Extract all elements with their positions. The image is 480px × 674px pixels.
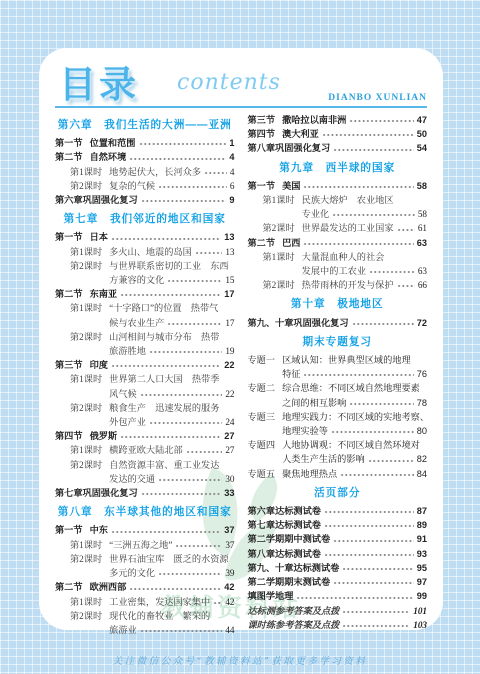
entry-body: 复杂的气候6 — [109, 179, 234, 193]
entry-prefix: 第2课时 — [70, 179, 102, 193]
page-number: 24 — [225, 415, 234, 429]
dot-leader — [204, 165, 227, 179]
entry-text: 地势起伏大，长河众多 — [109, 165, 201, 179]
entry-body: 位置和范围1 — [90, 136, 235, 150]
entry-text: 欧洲西部 — [90, 580, 127, 594]
entry-text: 第六章巩固强化复习 — [55, 193, 138, 207]
footer-note: 关注微信公众号“教辅资料站”获取更多学习资料 — [0, 653, 480, 667]
entry-line: 工业密集，发达国家集中42 — [109, 595, 234, 609]
toc-entry: 第二节东南亚17 — [55, 287, 235, 301]
entry-line: 第七章达标测试卷89 — [248, 518, 428, 532]
toc-entry: 第2课时复杂的气候6 — [55, 179, 235, 193]
entry-text: 撒哈拉以南非洲 — [282, 113, 346, 127]
entry-prefix: 第1课时 — [70, 165, 102, 179]
toc-entry: 第2课时粮食生产 迅速发展的服务外包产业24 — [55, 401, 235, 429]
dot-leader — [352, 316, 414, 330]
page-title-en: contents — [177, 70, 281, 95]
page-number: 66 — [418, 278, 427, 292]
entry-line: 多火山、地震的岛国13 — [109, 245, 234, 259]
page-number: 17 — [225, 316, 234, 330]
entry-text: 方兼容的文化 — [109, 273, 164, 287]
toc-entry: 第2课时热带雨林的开发与保护66 — [248, 278, 428, 292]
entry-text: 第七章达标测试卷 — [248, 518, 322, 532]
entry-line: 粮食生产 迅速发展的服务 — [109, 401, 234, 415]
page-number: 13 — [224, 230, 234, 244]
brand-text: DIANBO XUNLIAN — [328, 93, 427, 103]
entry-body: 世界石油宝库 匮乏的水资源多元的文化39 — [109, 552, 234, 580]
chapter-heading: 第八章 东半球其他的地区和国家 — [55, 505, 235, 519]
entry-line: 人地协调观：不同区域自然环境对 — [282, 438, 427, 452]
toc-entry: 专题二综合思维：不同区域自然地理要素之间的相互影响78 — [248, 381, 428, 409]
entry-line: 地势起伏大，长河众多4 — [109, 165, 234, 179]
dot-leader — [342, 604, 410, 618]
entry-prefix: 第一节 — [55, 523, 83, 537]
toc-entry: 第1课时“三洲五海之地”37 — [55, 538, 235, 552]
entry-text: 第九、十章达标测试卷 — [248, 561, 340, 575]
entry-line: 人类生产生活的影响82 — [282, 452, 427, 466]
entry-line: 发展中的工农业63 — [302, 264, 427, 278]
toc-entry: 第一节位置和范围1 — [55, 136, 235, 150]
entry-line: 山河相间与城市分布 热带 — [109, 330, 234, 344]
dot-leader — [139, 136, 227, 150]
page-number: 47 — [417, 113, 427, 127]
entry-body: 美国58 — [282, 179, 427, 193]
dot-leader — [213, 595, 222, 609]
dot-leader — [368, 452, 414, 466]
entry-body: 第七章巩固强化复习33 — [55, 486, 235, 500]
dot-leader — [186, 443, 223, 457]
toc-entry: 第1课时民族大熔炉 农业地区专业化58 — [248, 193, 428, 221]
dot-leader — [140, 623, 223, 637]
entry-body: 地势起伏大，长河众多4 — [109, 165, 234, 179]
entry-line: 第二学期期中测试卷91 — [248, 532, 428, 546]
entry-prefix: 第二节 — [55, 287, 83, 301]
page-number: 87 — [417, 504, 427, 518]
entry-line: 地理实践力：不同区域的实地考察、 — [282, 410, 427, 424]
toc-entry: 专题三地理实践力：不同区域的实地考察、地理实验等80 — [248, 410, 428, 438]
entry-text: 第二学期期末测试卷 — [248, 575, 331, 589]
entry-body: 大量混血种人的社会发展中的工农业63 — [302, 250, 427, 278]
entry-text: 聚焦地理热点 — [282, 467, 337, 481]
entry-line: 澳大利亚50 — [282, 127, 427, 141]
entry-line: 世界最发达的工业国家61 — [302, 221, 427, 235]
entry-line: 第七章巩固强化复习33 — [55, 486, 235, 500]
dot-leader — [140, 387, 223, 401]
entry-prefix: 第1课时 — [70, 372, 102, 386]
entry-text: 山河相间与城市分布 热带 — [109, 330, 219, 344]
chapter-heading: 期末专题复习 — [248, 335, 428, 349]
dot-leader — [149, 415, 222, 429]
entry-line: 印度22 — [90, 358, 235, 372]
dot-leader — [324, 518, 414, 532]
toc-entry: 第二节巴西63 — [248, 236, 428, 250]
entry-line: 专业化58 — [302, 207, 427, 221]
toc-entry: 第1课时横跨亚欧大陆北部27 — [55, 443, 235, 457]
entry-line: 旅游胜地19 — [109, 344, 234, 358]
entry-text: 与世界联系密切的工业 东西 — [109, 259, 228, 273]
entry-body: “三洲五海之地”37 — [109, 538, 234, 552]
entry-text: 美国 — [282, 179, 300, 193]
page-number: 63 — [418, 264, 427, 278]
dot-leader — [331, 424, 414, 438]
toc-entry: 第一节美国58 — [248, 179, 428, 193]
entry-body: “十字路口”的位置 热带气候与农业生产17 — [109, 301, 234, 329]
entry-text: 外包产业 — [109, 415, 146, 429]
entry-line: 巴西63 — [282, 236, 427, 250]
entry-prefix: 第二节 — [55, 580, 83, 594]
entry-text: 课时练参考答案及点拨 — [248, 618, 340, 632]
dot-leader — [129, 150, 226, 164]
toc-entry: 第1课时地势起伏大，长河众多4 — [55, 165, 235, 179]
entry-text: 发达的交通 — [109, 472, 155, 486]
dot-leader — [342, 561, 413, 575]
entry-text: “十字路口”的位置 热带气 — [109, 301, 218, 315]
entry-text: 自然环境 — [90, 150, 127, 164]
dot-leader — [175, 538, 222, 552]
page-number: 78 — [417, 396, 427, 410]
entry-body: 澳大利亚50 — [282, 127, 427, 141]
entry-text: 候与农业生产 — [109, 316, 164, 330]
dot-leader — [322, 127, 414, 141]
entry-text: 第八章达标测试卷 — [248, 547, 322, 561]
dot-leader — [397, 221, 415, 235]
entry-text: 横跨亚欧大陆北部 — [109, 443, 183, 457]
dot-leader — [111, 358, 221, 372]
toc-entry: 第1课时大量混血种人的社会发展中的工农业63 — [248, 250, 428, 278]
dot-leader — [111, 230, 221, 244]
dot-leader — [149, 344, 222, 358]
page-number: 58 — [417, 179, 427, 193]
entry-prefix: 专题三 — [248, 410, 276, 424]
page-number: 95 — [417, 561, 427, 575]
entry-body: 巴西63 — [282, 236, 427, 250]
entry-prefix: 第一节 — [55, 230, 83, 244]
toc-entry: 第2课时自然资源丰富、重工业发达发达的交通30 — [55, 458, 235, 486]
entry-prefix: 第四节 — [248, 127, 276, 141]
entry-body: 区域认知：世界典型区域的地理特征76 — [282, 353, 427, 381]
entry-prefix: 第三节 — [248, 113, 276, 127]
entry-body: 民族大熔炉 农业地区专业化58 — [302, 193, 427, 221]
entry-text: 复杂的气候 — [109, 179, 155, 193]
entry-text: 多元的文化 — [109, 566, 155, 580]
dot-leader — [129, 580, 221, 594]
dot-leader — [333, 532, 414, 546]
entry-line: 区域认知：世界典型区域的地理 — [282, 353, 427, 367]
toc-entry: 第2课时山河相间与城市分布 热带旅游胜地19 — [55, 330, 235, 358]
toc-entry: 第1课时多火山、地震的岛国13 — [55, 245, 235, 259]
entry-prefix: 第1课时 — [263, 250, 295, 264]
entry-prefix: 第三节 — [55, 358, 83, 372]
toc-entry: 第四节俄罗斯27 — [55, 429, 235, 443]
toc-entry: 第二学期期中测试卷91 — [248, 532, 428, 546]
entry-body: 聚焦地理热点84 — [282, 467, 427, 481]
entry-line: 课时练参考答案及点拨103 — [248, 618, 428, 632]
toc-entry: 课时练参考答案及点拨103 — [248, 618, 428, 632]
page-number: 39 — [225, 566, 234, 580]
page-number: 22 — [224, 358, 234, 372]
entry-body: 世界第二人口大国 热带季风气候22 — [109, 372, 234, 400]
entry-body: 印度22 — [90, 358, 235, 372]
entry-text: 粮食生产 迅速发展的服务 — [109, 401, 219, 415]
page-number: 80 — [417, 424, 427, 438]
page-number: 58 — [418, 207, 427, 221]
page-number: 4 — [230, 165, 235, 179]
page-number: 63 — [417, 236, 427, 250]
entry-prefix: 第1课时 — [263, 193, 295, 207]
entry-text: 世界石油宝库 匮乏的水资源 — [109, 552, 228, 566]
entry-line: 外包产业24 — [109, 415, 234, 429]
page-number: 44 — [225, 623, 234, 637]
entry-body: 填图学地理99 — [248, 589, 428, 603]
toc-entry: 第1课时“十字路口”的位置 热带气候与农业生产17 — [55, 301, 235, 329]
chapter-heading: 第九章 西半球的国家 — [248, 161, 428, 175]
page-number: 50 — [417, 127, 427, 141]
entry-body: 综合思维：不同区域自然地理要素之间的相互影响78 — [282, 381, 427, 409]
entry-prefix: 第2课时 — [263, 221, 295, 235]
entry-line: 与世界联系密切的工业 东西 — [109, 259, 234, 273]
entry-text: 达标测参考答案及点拨 — [248, 604, 340, 618]
entry-text: 日本 — [90, 230, 108, 244]
entry-body: 东南亚17 — [90, 287, 235, 301]
entry-body: 与世界联系密切的工业 东西方兼容的文化15 — [109, 259, 234, 287]
toc-entry: 第九、十章达标测试卷95 — [248, 561, 428, 575]
toc-column-right: 第三节撒哈拉以南非洲47第四节澳大利亚50第八章巩固强化复习54第九章 西半球的… — [248, 113, 428, 637]
page-number: 54 — [417, 141, 427, 155]
page-number: 91 — [417, 532, 427, 546]
entry-line: 发达的交通30 — [109, 472, 234, 486]
entry-body: 人地协调观：不同区域自然环境对人类生产生活的影响82 — [282, 438, 427, 466]
dot-leader — [111, 523, 221, 537]
dot-leader — [333, 575, 414, 589]
entry-prefix: 第1课时 — [70, 538, 102, 552]
toc-entry: 第八章达标测试卷93 — [248, 547, 428, 561]
toc-entry: 达标测参考答案及点拨101 — [248, 604, 428, 618]
entry-text: 第二学期期中测试卷 — [248, 532, 331, 546]
entry-prefix: 第1课时 — [70, 245, 102, 259]
entry-line: 达标测参考答案及点拨101 — [248, 604, 428, 618]
page-number: 30 — [225, 472, 234, 486]
dot-leader — [342, 618, 410, 632]
page-number: 13 — [225, 245, 234, 259]
entry-prefix: 第2课时 — [70, 552, 102, 566]
dot-leader — [296, 589, 413, 603]
page-number: 17 — [224, 287, 234, 301]
entry-line: 美国58 — [282, 179, 427, 193]
toc-entry: 第三节印度22 — [55, 358, 235, 372]
entry-prefix: 第一节 — [55, 136, 83, 150]
dot-leader — [397, 278, 415, 292]
entry-body: 粮食生产 迅速发展的服务外包产业24 — [109, 401, 234, 429]
entry-text: 地理实践力：不同区域的实地考察、 — [282, 410, 429, 424]
entry-body: 自然环境4 — [90, 150, 235, 164]
page-number: 61 — [418, 221, 427, 235]
entry-line: 第九、十章达标测试卷95 — [248, 561, 428, 575]
chapter-heading: 第六章 我们生活的大洲——亚洲 — [55, 118, 235, 132]
entry-line: 大量混血种人的社会 — [302, 250, 427, 264]
entry-body: 日本13 — [90, 230, 235, 244]
dot-leader — [349, 396, 413, 410]
entry-body: 第二学期期中测试卷91 — [248, 532, 428, 546]
entry-text: 风气候 — [109, 387, 137, 401]
entry-text: 综合思维：不同区域自然地理要素 — [282, 381, 420, 395]
toc-entry: 专题五聚焦地理热点84 — [248, 467, 428, 481]
entry-text: 俄罗斯 — [90, 429, 118, 443]
entry-line: 日本13 — [90, 230, 235, 244]
contents-card: 教辅资料站 目录 contents DIANBO XUNLIAN 第六章 我们生… — [39, 48, 443, 630]
entry-text: 第六章达标测试卷 — [248, 504, 322, 518]
entry-line: 自然资源丰富、重工业发达 — [109, 458, 234, 472]
entry-line: 风气候22 — [109, 387, 234, 401]
page-number: 15 — [225, 273, 234, 287]
entry-body: 第二学期期末测试卷97 — [248, 575, 428, 589]
toc-entry: 第七章巩固强化复习33 — [55, 486, 235, 500]
page-number: 101 — [413, 604, 427, 618]
entry-line: 第六章巩固强化复习9 — [55, 193, 235, 207]
entry-prefix: 专题一 — [248, 353, 276, 367]
dot-leader — [303, 179, 413, 193]
entry-line: 第八章达标测试卷93 — [248, 547, 428, 561]
entry-prefix: 专题二 — [248, 381, 276, 395]
entry-body: 第七章达标测试卷89 — [248, 518, 428, 532]
entry-text: 第八章巩固强化复习 — [248, 141, 331, 155]
entry-line: 撒哈拉以南非洲47 — [282, 113, 427, 127]
toc-entry: 第一节日本13 — [55, 230, 235, 244]
entry-line: 第六章达标测试卷87 — [248, 504, 428, 518]
entry-text: 巴西 — [282, 236, 300, 250]
entry-text: 填图学地理 — [248, 589, 294, 603]
toc-entry: 第一节中东37 — [55, 523, 235, 537]
entry-body: 第八章达标测试卷93 — [248, 547, 428, 561]
entry-body: 山河相间与城市分布 热带旅游胜地19 — [109, 330, 234, 358]
entry-body: 欧洲西部42 — [90, 580, 235, 594]
entry-text: 中东 — [90, 523, 108, 537]
entry-body: 自然资源丰富、重工业发达发达的交通30 — [109, 458, 234, 486]
entry-line: “三洲五海之地”37 — [109, 538, 234, 552]
entry-body: 工业密集，发达国家集中42 — [109, 595, 234, 609]
page-number: 37 — [224, 523, 234, 537]
entry-line: 特征76 — [282, 367, 427, 381]
entry-line: 横跨亚欧大陆北部27 — [109, 443, 234, 457]
entry-text: 区域认知：世界典型区域的地理 — [282, 353, 411, 367]
page-number: 6 — [230, 179, 235, 193]
toc-entry: 专题四人地协调观：不同区域自然环境对人类生产生活的影响82 — [248, 438, 428, 466]
entry-prefix: 第2课时 — [70, 330, 102, 344]
entry-line: 第二学期期末测试卷97 — [248, 575, 428, 589]
entry-prefix: 第2课时 — [70, 401, 102, 415]
page-number: 97 — [417, 575, 427, 589]
entry-text: 多火山、地震的岛国 — [109, 245, 192, 259]
toc-entry: 第三节撒哈拉以南非洲47 — [248, 113, 428, 127]
entry-body: 地理实践力：不同区域的实地考察、地理实验等80 — [282, 410, 427, 438]
entry-text: 地理实验等 — [282, 424, 328, 438]
entry-line: 旅游业44 — [109, 623, 234, 637]
entry-text: 人类生产生活的影响 — [282, 452, 365, 466]
entry-line: 综合思维：不同区域自然地理要素 — [282, 381, 427, 395]
entry-line: 之间的相互影响78 — [282, 396, 427, 410]
dot-leader — [333, 141, 414, 155]
entry-line: 东南亚17 — [90, 287, 235, 301]
entry-body: 热带雨林的开发与保护66 — [302, 278, 427, 292]
page-number: 72 — [417, 316, 427, 330]
toc-entry: 第2课时与世界联系密切的工业 东西方兼容的文化15 — [55, 259, 235, 287]
toc-entry: 第二学期期末测试卷97 — [248, 575, 428, 589]
dot-leader — [141, 486, 222, 500]
entry-prefix: 第1课时 — [70, 595, 102, 609]
entry-prefix: 第2课时 — [263, 278, 295, 292]
entry-text: 发展中的工农业 — [302, 264, 366, 278]
entry-text: 第七章巩固强化复习 — [55, 486, 138, 500]
chapter-heading: 活页部分 — [248, 486, 428, 500]
toc-entry: 第四节澳大利亚50 — [248, 127, 428, 141]
toc-entry: 填图学地理99 — [248, 589, 428, 603]
entry-body: 第九、十章达标测试卷95 — [248, 561, 428, 575]
entry-line: 复杂的气候6 — [109, 179, 234, 193]
entry-text: 旅游业 — [109, 623, 137, 637]
entry-body: 横跨亚欧大陆北部27 — [109, 443, 234, 457]
entry-line: 民族大熔炉 农业地区 — [302, 193, 427, 207]
dot-leader — [324, 547, 414, 561]
entry-text: 印度 — [90, 358, 108, 372]
dot-leader — [195, 245, 222, 259]
entry-line: 俄罗斯27 — [90, 429, 235, 443]
entry-text: 自然资源丰富、重工业发达 — [109, 458, 219, 472]
page-number: 33 — [224, 486, 234, 500]
entry-text: 东南亚 — [90, 287, 118, 301]
dot-leader — [340, 467, 414, 481]
page-title: 目录 — [59, 54, 139, 108]
entry-line: 聚焦地理热点84 — [282, 467, 427, 481]
page-number: 89 — [417, 518, 427, 532]
dot-leader — [158, 179, 227, 193]
entry-body: 第六章巩固强化复习9 — [55, 193, 235, 207]
entry-text: 第九、十章巩固强化复习 — [248, 316, 349, 330]
entry-body: 撒哈拉以南非洲47 — [282, 113, 427, 127]
entry-text: 工业密集，发达国家集中 — [109, 595, 210, 609]
entry-text: 世界最发达的工业国家 — [302, 221, 394, 235]
entry-body: 多火山、地震的岛国13 — [109, 245, 234, 259]
entry-line: 候与农业生产17 — [109, 316, 234, 330]
entry-text: 热带雨林的开发与保护 — [302, 278, 394, 292]
dot-leader — [141, 193, 227, 207]
entry-line: 位置和范围1 — [90, 136, 235, 150]
entry-body: 第九、十章巩固强化复习72 — [248, 316, 428, 330]
toc-entry: 第1课时工业密集，发达国家集中42 — [55, 595, 235, 609]
toc-column-left: 第六章 我们生活的大洲——亚洲第一节位置和范围1第二节自然环境4第1课时地势起伏… — [55, 113, 235, 637]
entry-text: 特征 — [282, 367, 300, 381]
entry-line: 自然环境4 — [90, 150, 235, 164]
dot-leader — [167, 273, 222, 287]
entry-prefix: 第二节 — [248, 236, 276, 250]
entry-text: 专业化 — [302, 207, 330, 221]
page-number: 42 — [225, 595, 234, 609]
entry-text: 人地协调观：不同区域自然环境对 — [282, 438, 420, 452]
page-number: 82 — [417, 452, 427, 466]
entry-line: 热带雨林的开发与保护66 — [302, 278, 427, 292]
toc-entry: 第2课时现代化的畜牧业 繁荣的旅游业44 — [55, 609, 235, 637]
page-number: 42 — [224, 580, 234, 594]
dot-leader — [369, 264, 415, 278]
dot-leader — [120, 287, 221, 301]
entry-body: 现代化的畜牧业 繁荣的旅游业44 — [109, 609, 234, 637]
dot-leader — [158, 472, 222, 486]
entry-text: 旅游胜地 — [109, 344, 146, 358]
toc-entry: 第二节欧洲西部42 — [55, 580, 235, 594]
page-number: 27 — [225, 443, 234, 457]
entry-line: 第八章巩固强化复习54 — [248, 141, 428, 155]
entry-prefix: 专题五 — [248, 467, 276, 481]
page-number: 9 — [229, 193, 234, 207]
toc-entry: 第2课时世界石油宝库 匮乏的水资源多元的文化39 — [55, 552, 235, 580]
